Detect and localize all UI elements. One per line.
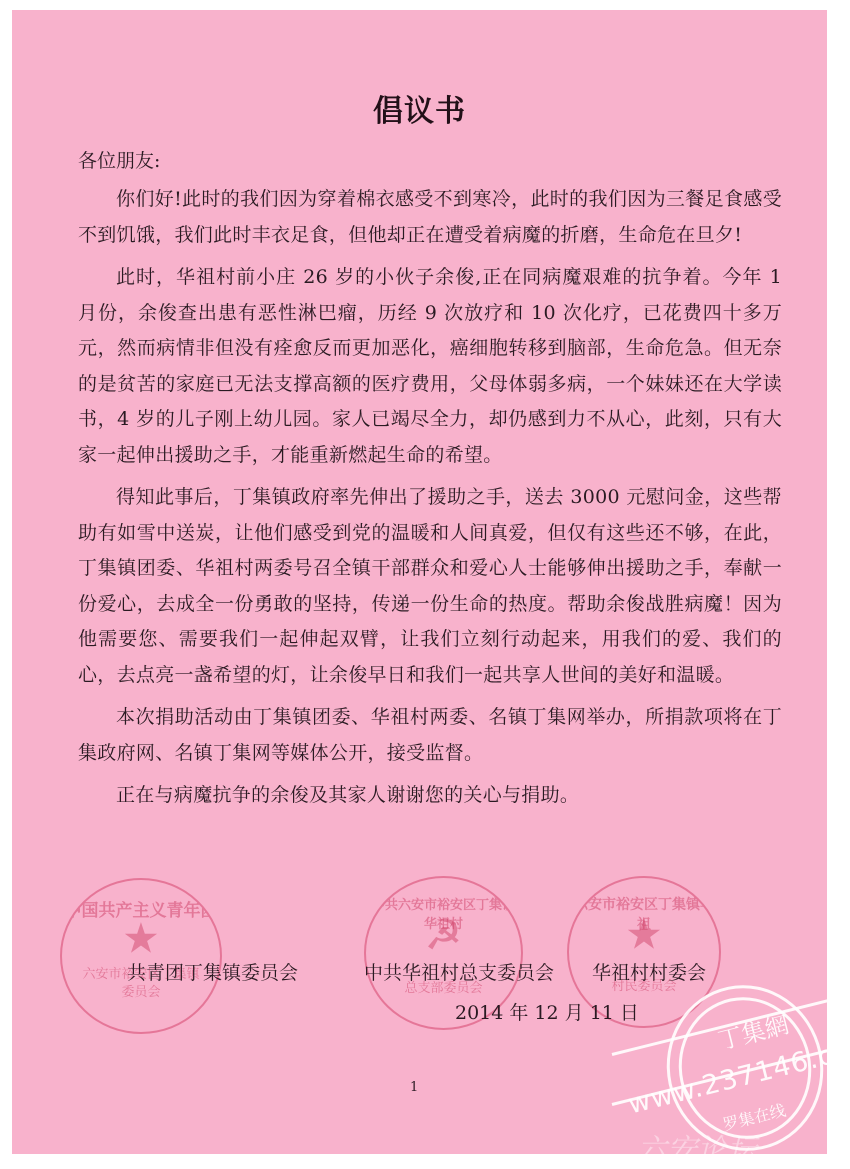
watermark-brand: 丁集網 <box>714 1005 792 1056</box>
document-date: 2014 年 12 月 11 日 <box>455 998 639 1025</box>
watermark-site-logo: 六安论坛 <box>637 1125 757 1169</box>
paragraph: 此时，华祖村前小庄 26 岁的小伙子余俊,正在同病魔艰难的抗争着。今年 1 月份… <box>78 260 782 473</box>
page-number: 1 <box>410 1080 418 1095</box>
watermark-site-url: www.la-bbs.net <box>647 1155 762 1169</box>
signatory-party-branch: 中共华祖村总支委员会 <box>364 958 554 985</box>
paragraph: 你们好!此时的我们因为穿着棉衣感受不到寒冷，此时的我们因为三餐足食感受不到饥饿，… <box>78 182 782 253</box>
watermark-subtitle: 罗集在线 <box>720 1098 788 1136</box>
paragraph: 本次捐助活动由丁集镇团委、华祖村两委、名镇丁集网举办，所捐款项将在丁集政府网、名… <box>78 700 782 771</box>
paragraph: 得知此事后，丁集镇政府率先伸出了援助之手，送去 3000 元慰问金，这些帮助有如… <box>78 480 782 693</box>
watermark-band <box>612 1045 846 1106</box>
star-icon: ★ <box>122 913 160 962</box>
signatory-village-committee: 华祖村村委会 <box>592 958 706 985</box>
watermark-url: www.237146.com <box>625 1029 850 1121</box>
document-page: 中国共产主义青年团 ★ 六安市裕安区丁集镇 委员会 中共六安市裕安区丁集镇华祖村… <box>12 10 827 1154</box>
signatory-youth-league: 共青团丁集镇委员会 <box>127 958 298 985</box>
paragraph: 正在与病魔抗争的余俊及其家人谢谢您的关心与捐助。 <box>78 778 782 814</box>
document-body: 你们好!此时的我们因为穿着棉衣感受不到寒冷，此时的我们因为三餐足食感受不到饥饿，… <box>78 182 782 821</box>
hammer-sickle-icon: ☭ <box>425 911 463 960</box>
document-title: 倡议书 <box>12 86 827 130</box>
salutation: 各位朋友: <box>78 146 160 173</box>
star-icon: ★ <box>625 910 663 959</box>
seal-youth-league: 中国共产主义青年团 ★ 六安市裕安区丁集镇 委员会 <box>60 878 222 1034</box>
